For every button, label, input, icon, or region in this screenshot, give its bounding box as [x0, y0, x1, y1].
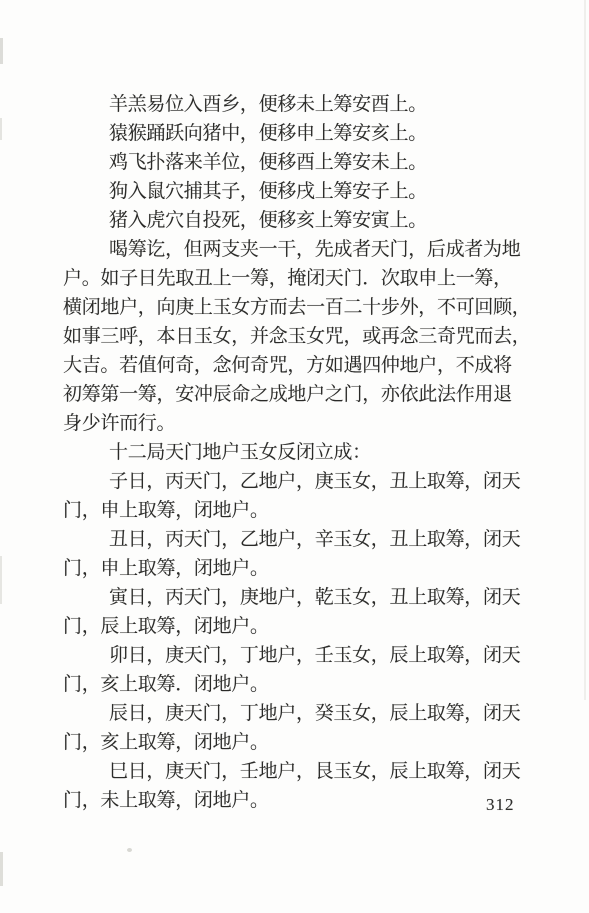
scanned-book-page: 羊羔易位入酉乡，便移未上筹安酉上。猿猴踊跃向猪中，便移申上筹安亥上。鸡飞扑落来羊… — [0, 0, 589, 913]
text-line: 十二局天门地户玉女反闭立成： — [63, 438, 533, 467]
text-line: 户。如子日先取丑上一筹，掩闭天门．次取申上一筹， — [63, 264, 533, 293]
text-line: 如事三呼，本日玉女，并念玉女咒，或再念三奇咒而去， — [63, 322, 533, 351]
scan-artifact-right-edge — [584, 0, 586, 700]
text-line: 门，未上取筹，闭地户。 — [63, 786, 533, 815]
text-line: 子日，丙天门，乙地户，庚玉女，丑上取筹，闭天 — [63, 467, 533, 496]
text-line: 门，辰上取筹，闭地户。 — [63, 612, 533, 641]
text-line: 狗入鼠穴捕其子，便移戌上筹安子上。 — [63, 177, 533, 206]
text-line: 卯日，庚天门，丁地户，壬玉女，辰上取筹，闭天 — [63, 641, 533, 670]
scan-artifact-left-4 — [0, 852, 3, 886]
text-line: 辰日，庚天门，丁地户，癸玉女，辰上取筹，闭天 — [63, 699, 533, 728]
text-line: 寅日，丙天门，庚地户，乾玉女，丑上取筹，闭天 — [63, 583, 533, 612]
text-line: 羊羔易位入酉乡，便移未上筹安酉上。 — [63, 90, 533, 119]
text-line: 初筹第一筹，安冲辰命之成地户之门，亦依此法作用退 — [63, 380, 533, 409]
text-line: 身少许而行。 — [63, 409, 533, 438]
text-line: 门，亥上取筹，闭地户。 — [63, 728, 533, 757]
page-number: 312 — [486, 795, 515, 815]
text-line: 横闭地户，向庚上玉女方而去一百二十步外，不可回顾， — [63, 293, 533, 322]
text-line: 门，亥上取筹．闭地户。 — [63, 670, 533, 699]
scan-artifact-left-3 — [0, 556, 2, 604]
text-line: 巳日，庚天门，壬地户，艮玉女，辰上取筹，闭天 — [63, 757, 533, 786]
scan-artifact-speck — [127, 848, 132, 852]
text-block: 羊羔易位入酉乡，便移未上筹安酉上。猿猴踊跃向猪中，便移申上筹安亥上。鸡飞扑落来羊… — [63, 90, 533, 815]
text-line: 大吉。若值何奇，念何奇咒，方如遇四仲地户，不成将 — [63, 351, 533, 380]
scan-artifact-left-2 — [0, 118, 2, 140]
scan-artifact-left-1 — [0, 38, 3, 64]
text-line: 门，申上取筹，闭地户。 — [63, 554, 533, 583]
text-line: 喝筹讫，但两支夹一干，先成者天门，后成者为地 — [63, 235, 533, 264]
text-line: 丑日，丙天门，乙地户，辛玉女，丑上取筹，闭天 — [63, 525, 533, 554]
text-line: 猿猴踊跃向猪中，便移申上筹安亥上。 — [63, 119, 533, 148]
text-line: 门，申上取筹，闭地户。 — [63, 496, 533, 525]
text-line: 鸡飞扑落来羊位，便移酉上筹安未上。 — [63, 148, 533, 177]
text-line: 猪入虎穴自投死，便移亥上筹安寅上。 — [63, 206, 533, 235]
